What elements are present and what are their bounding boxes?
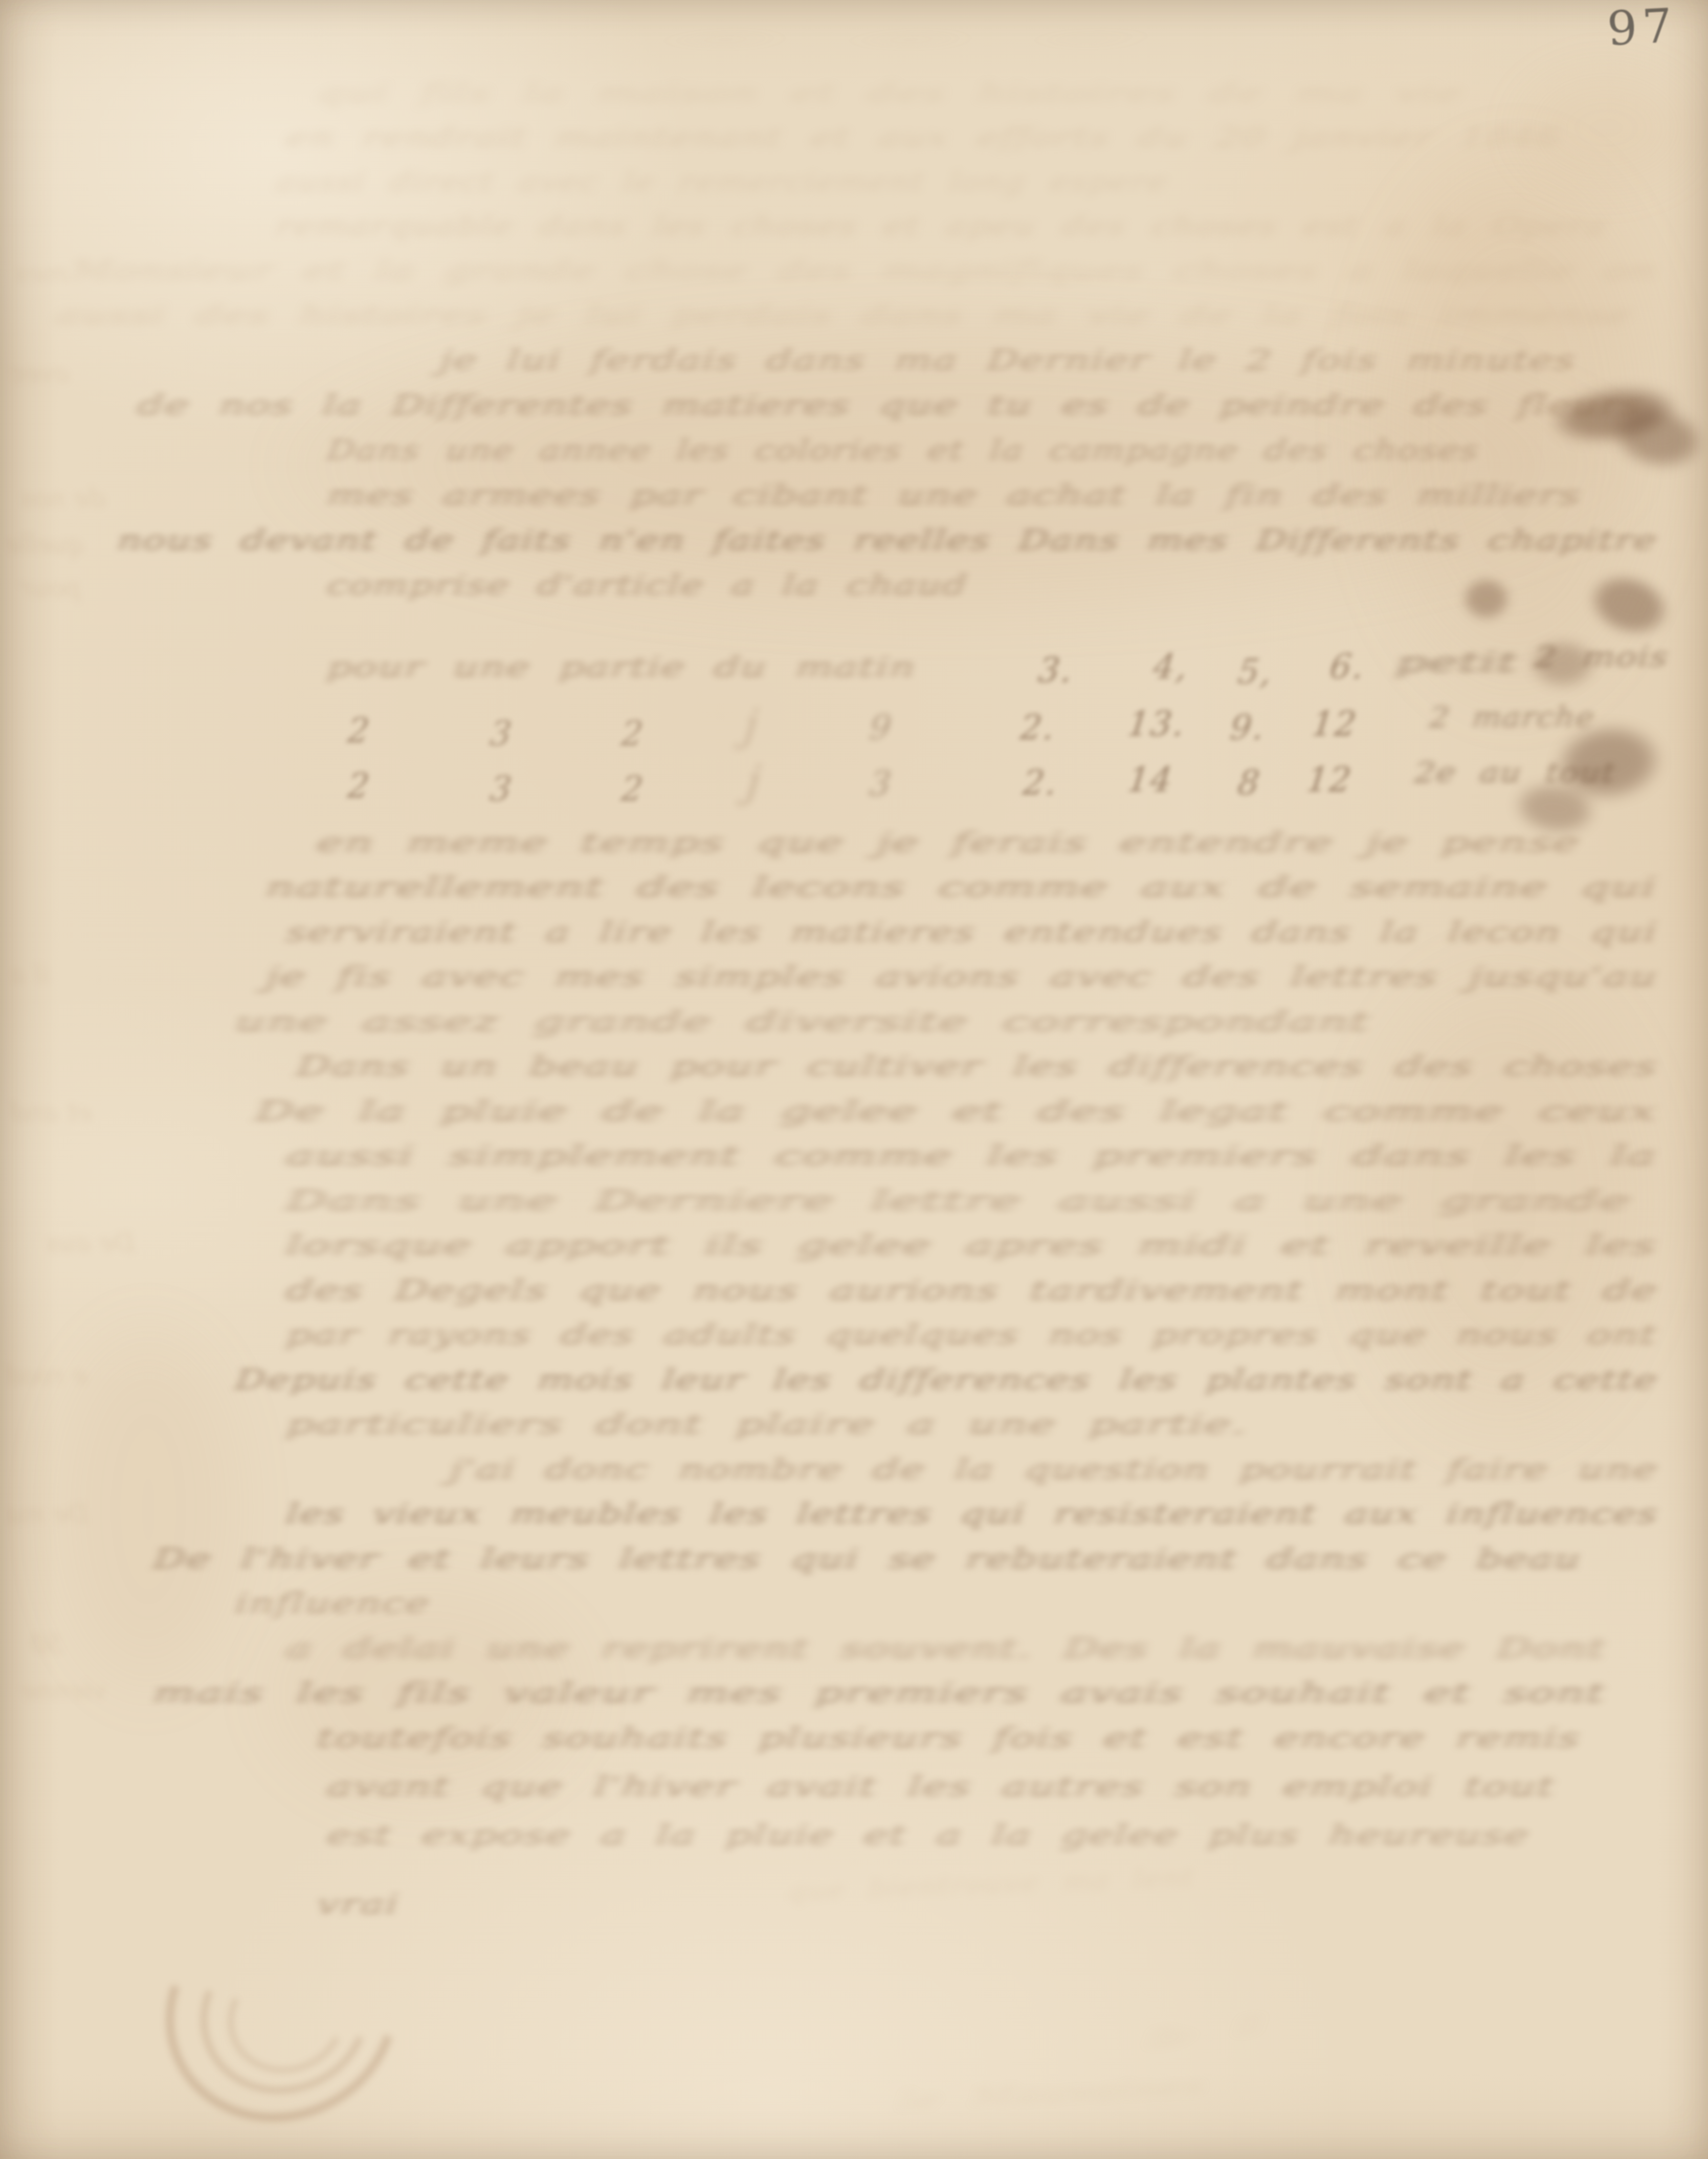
faded-ghost-line: Monsieur et la grande chose des magnifiq…: [70, 254, 1659, 287]
manuscript-line: 2 mois: [1533, 641, 1671, 674]
manuscript-page: a a cqui fils la maison et des histoires…: [0, 0, 1708, 2159]
faded-ghost-line: qui fils la maison et des histoires de m…: [316, 77, 1465, 109]
manuscript-line: 3: [868, 764, 894, 804]
manuscript-line: 3: [488, 769, 515, 809]
manuscript-line: comprise d'article a la chaud: [326, 569, 969, 602]
manuscript-line: par rayons des adults quelques nos propr…: [285, 1318, 1659, 1352]
manuscript-line: Dans un beau pour cultiver les differenc…: [295, 1050, 1659, 1083]
faded-ghost-line: remarquable dans les choses et apeu des …: [275, 210, 1609, 242]
manuscript-line: mais les fils valeur mes premiers avais …: [152, 1677, 1608, 1710]
manuscript-line: 2 marche: [1428, 701, 1596, 734]
manuscript-line: Depuis cette mois leur les differences l…: [234, 1363, 1660, 1397]
manuscript-line: mes armees par cibant une achat la fin d…: [326, 479, 1583, 512]
manuscript-line: 5,: [1236, 652, 1274, 692]
manuscript-line: une assez grande diversite correspondant: [234, 1005, 1372, 1039]
manuscript-line: toutefois souhaits plusieurs fois et est…: [316, 1722, 1582, 1755]
manuscript-line: 3.: [1036, 651, 1075, 690]
manuscript-line: en meme temps que je ferais entendre je …: [316, 826, 1582, 860]
bleedthrough-fragment: vienne: [20, 1676, 106, 1705]
manuscript-line: Dans une Derniere lettre aussi a une gra…: [285, 1184, 1633, 1218]
manuscript-line: les vieux meubles les lettres qui resist…: [285, 1497, 1660, 1531]
bleedthrough-fragment: mes: [15, 258, 68, 288]
manuscript-line: 2.: [1018, 708, 1057, 747]
bleedthrough-fragment: avec: [10, 358, 70, 388]
manuscript-line: je lui ferdais dans ma Dernier le 2 fois…: [438, 344, 1578, 377]
manuscript-line: Dans une annee les colories et la campag…: [326, 434, 1481, 467]
manuscript-line: je fis avec mes simples avions avec des …: [264, 960, 1660, 994]
manuscript-line: de nos la Differentes matieres que tu es…: [137, 389, 1644, 422]
manuscript-line: 12: [1305, 760, 1354, 800]
manuscript-line: 14: [1126, 760, 1175, 800]
bleedthrough-fragment: il a: [10, 959, 50, 989]
manuscript-line: 6.: [1328, 647, 1366, 687]
manuscript-line: a delai une reprirent souvent. Des la ma…: [285, 1632, 1608, 1665]
faded-ghost-line: aussi des histoires je lui perdais dans …: [55, 299, 1633, 331]
manuscript-line: 8: [1236, 763, 1262, 803]
bleedthrough-fragment: e road: [5, 1361, 87, 1391]
faded-ghost-line: que bientrouve ma lent: [787, 1862, 1195, 1906]
manuscript-line: 9.: [1228, 708, 1267, 747]
manuscript-line: nous devant de faits n'en faites reelles…: [116, 524, 1659, 557]
manuscript-line: 9: [868, 708, 894, 747]
manuscript-line: avant que l'hiver avait les autres son e…: [326, 1770, 1557, 1803]
page-number: 97: [1606, 2, 1679, 53]
bleedthrough-fragment: De aus: [46, 1228, 135, 1258]
faded-ghost-line: b l: [1150, 2010, 1261, 2054]
manuscript-line: j'ai donc nombre de la question pourrait…: [449, 1453, 1660, 1486]
manuscript-line: influence: [234, 1587, 432, 1620]
manuscript-line: De l'hiver et leurs lettres qui se rebut…: [152, 1543, 1583, 1576]
manuscript-line: 2e au tout: [1413, 756, 1617, 789]
bleedthrough-fragment: pour: [20, 573, 81, 603]
faded-ghost-line: le Mauvaises: [899, 2070, 1205, 2116]
manuscript-line: 2.: [1021, 763, 1059, 803]
bleedthrough-fragment: de nos: [20, 483, 105, 513]
manuscript-line: aussi simplement comme les premiers dans…: [285, 1139, 1659, 1173]
manuscript-line: vrai: [316, 1888, 401, 1921]
bleedthrough-fragment: De ma: [5, 1499, 88, 1529]
manuscript-line: De la pluie de la gelee et des legat com…: [254, 1095, 1659, 1128]
faded-ghost-line: aussi direct avec le remerciement long e…: [275, 166, 1169, 198]
manuscript-line: 2: [619, 714, 646, 754]
manuscript-line: j: [742, 700, 761, 750]
manuscript-line: 3: [488, 714, 515, 754]
manuscript-line: j: [744, 756, 764, 806]
bleedthrough-fragment: et and: [10, 1097, 92, 1127]
manuscript-line: 13.: [1126, 704, 1187, 744]
manuscript-line: 2: [346, 766, 372, 806]
manuscript-line: 2: [346, 711, 372, 751]
handwriting-layer: a a cqui fils la maison et des histoires…: [0, 0, 1708, 2159]
manuscript-line: 4,: [1151, 647, 1190, 687]
manuscript-line: pour une partie du matin: [326, 651, 918, 684]
manuscript-line: naturellement des lecons comme aux de se…: [264, 871, 1659, 904]
manuscript-line: petit: [1394, 645, 1520, 679]
bleedthrough-fragment: quelle: [5, 530, 84, 559]
manuscript-line: 2: [619, 769, 646, 809]
manuscript-line: 12: [1310, 704, 1359, 744]
manuscript-line: particuliers dont plaire a une partie.: [285, 1408, 1250, 1441]
manuscript-line: des Degels que nous aurions tardivement …: [285, 1274, 1660, 1307]
bleedthrough-fragment: 50: [31, 1629, 63, 1659]
faded-ghost-line: en rendrait maintenant et aux efforts du…: [285, 121, 1563, 153]
faded-ghost-line: a a c: [689, 25, 1137, 51]
manuscript-line: est expose a la pluie et a la gelee plus…: [326, 1819, 1532, 1852]
manuscript-line: lorsque apport ils gelee apres midi et r…: [285, 1229, 1659, 1262]
manuscript-line: serviraient a lire les matieres entendue…: [285, 916, 1659, 949]
